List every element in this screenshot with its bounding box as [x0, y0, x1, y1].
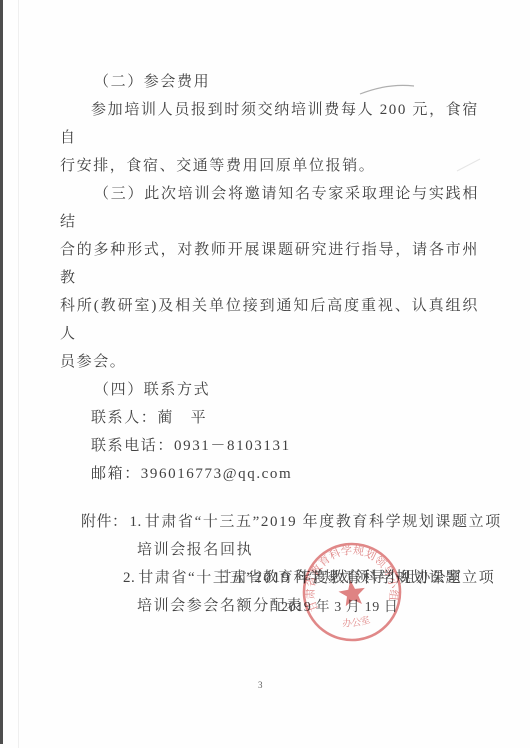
contact-person-line: 联系人：蔺 平 [60, 404, 479, 432]
scan-left-edge-line [0, 0, 3, 744]
attachment-1-line-1: 附件：1.甘肃省“十三五”2019 年度教育科学规划课题立项 [60, 508, 479, 536]
page-number: 3 [258, 680, 264, 690]
fee-paragraph-line-2: 行安排，食宿、交通等费用回原单位报销。 [60, 152, 479, 180]
section-2-heading: （二）参会费用 [60, 68, 479, 96]
section-3-line-4: 员参会。 [60, 348, 479, 376]
scan-crease-line [18, 0, 19, 748]
attachment-1-line-2: 培训会报名回执 [60, 536, 479, 564]
attachment-1-number: 1. [130, 514, 142, 530]
official-red-seal: 甘肃省教育科学规划领导小组 办公室 [290, 530, 414, 654]
contact-phone-line: 联系电话：0931－8103131 [60, 432, 479, 460]
attachment-1-title: 甘肃省“十三五”2019 年度教育科学规划课题立项 [145, 514, 502, 530]
faint-stroke-mark [455, 156, 483, 174]
attachments-label: 附件： [81, 514, 128, 530]
blank-line [60, 488, 479, 508]
scanned-document-page: （二）参会费用 参加培训人员报到时须交纳培训费每人 200 元，食宿自 行安排，… [0, 0, 530, 748]
section-3-line-2: 合的多种形式，对教师开展课题研究进行指导，请各市州教 [60, 236, 479, 292]
document-body: （二）参会费用 参加培训人员报到时须交纳培训费每人 200 元，食宿自 行安排，… [60, 68, 479, 620]
seal-star-icon [337, 578, 367, 607]
svg-text:甘肃省教育科学规划领导小组: 甘肃省教育科学规划领导小组 [297, 538, 402, 615]
section-4-heading: （四）联系方式 [60, 376, 479, 404]
svg-text:办公室: 办公室 [341, 613, 372, 630]
seal-arc-text: 甘肃省教育科学规划领导小组 [297, 538, 402, 615]
seal-bottom-text: 办公室 [341, 613, 372, 630]
section-3-line-1: （三）此次培训会将邀请知名专家采取理论与实践相结 [60, 180, 479, 236]
fee-paragraph-line-1: 参加培训人员报到时须交纳培训费每人 200 元，食宿自 [60, 96, 479, 152]
attachment-2-line-2: 培训会参会名额分配表 [60, 592, 479, 620]
pen-stroke-mark [358, 82, 416, 98]
section-3-line-3: 科所(教研室)及相关单位接到通知后高度重视、认真组织人 [60, 292, 479, 348]
attachment-2-number: 2. [123, 570, 135, 586]
contact-email-line: 邮箱：396016773@qq.com [60, 460, 479, 488]
